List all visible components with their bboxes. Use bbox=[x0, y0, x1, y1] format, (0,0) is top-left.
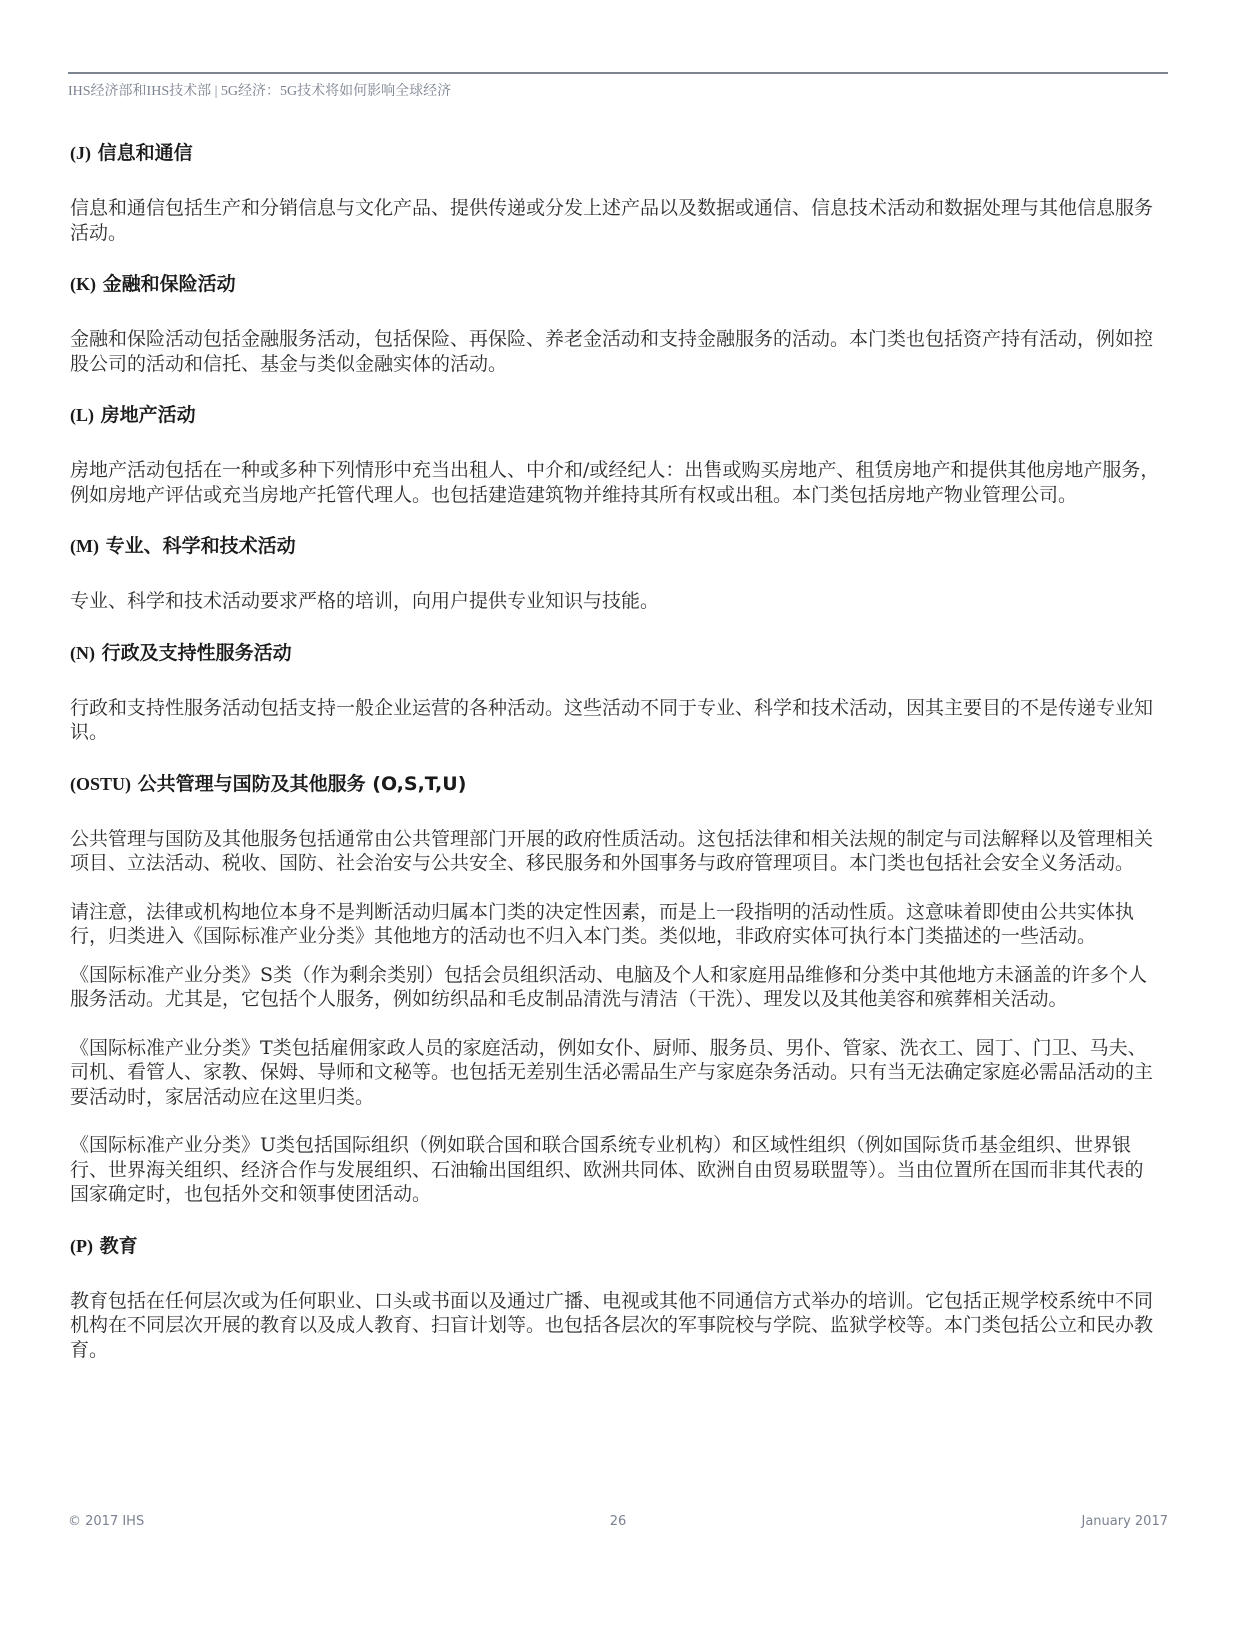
section-title: 金融和保险活动 bbox=[103, 273, 236, 295]
section-heading: (N) 行政及支持性服务活动 bbox=[70, 638, 1160, 668]
paragraph: 金融和保险活动包括金融服务活动，包括保险、再保险、养老金活动和支持金融服务的活动… bbox=[70, 327, 1160, 376]
paragraph: 房地产活动包括在一种或多种下列情形中充当出租人、中介和/或经纪人：出售或购买房地… bbox=[70, 458, 1160, 507]
paragraph: 《国际标准产业分类》T类包括雇佣家政人员的家庭活动，例如女仆、厨师、服务员、男仆… bbox=[70, 1036, 1160, 1110]
running-header: IHS经济部和IHS技术部 | 5G经济：5G技术将如何影响全球经济 bbox=[68, 80, 451, 100]
section-p: (P) 教育 教育包括在任何层次或为任何职业、口头或书面以及通过广播、电视或其他… bbox=[70, 1231, 1160, 1363]
paragraph: 专业、科学和技术活动要求严格的培训，向用户提供专业知识与技能。 bbox=[70, 589, 1160, 614]
paragraph: 请注意，法律或机构地位本身不是判断活动归属本门类的决定性因素，而是上一段指明的活… bbox=[70, 900, 1160, 949]
section-code: (M) bbox=[70, 536, 99, 556]
section-title: 公共管理与国防及其他服务 (O,S,T,U) bbox=[138, 773, 467, 795]
paragraph: 行政和支持性服务活动包括支持一般企业运营的各种活动。这些活动不同于专业、科学和技… bbox=[70, 696, 1160, 745]
footer-date: January 2017 bbox=[1082, 1514, 1169, 1529]
section-m: (M) 专业、科学和技术活动 专业、科学和技术活动要求严格的培训，向用户提供专业… bbox=[70, 531, 1160, 614]
paragraph: 《国际标准产业分类》U类包括国际组织（例如联合国和联合国系统专业机构）和区域性组… bbox=[70, 1133, 1160, 1207]
section-title: 房地产活动 bbox=[101, 404, 196, 426]
paragraph: 教育包括在任何层次或为任何职业、口头或书面以及通过广播、电视或其他不同通信方式举… bbox=[70, 1289, 1160, 1363]
copyright: © 2017 IHS bbox=[68, 1514, 144, 1529]
section-k: (K) 金融和保险活动 金融和保险活动包括金融服务活动，包括保险、再保险、养老金… bbox=[70, 269, 1160, 376]
section-heading: (M) 专业、科学和技术活动 bbox=[70, 531, 1160, 561]
section-code: (L) bbox=[70, 405, 94, 425]
section-title: 教育 bbox=[100, 1235, 138, 1257]
section-title: 信息和通信 bbox=[98, 142, 193, 164]
section-title: 行政及支持性服务活动 bbox=[102, 642, 292, 664]
page-footer: © 2017 IHS 26 January 2017 bbox=[68, 1514, 1168, 1534]
header-rule bbox=[68, 72, 1168, 74]
page-number: 26 bbox=[588, 1514, 648, 1529]
section-code: (P) bbox=[70, 1236, 93, 1256]
document-body: (J) 信息和通信 信息和通信包括生产和分销信息与文化产品、提供传递或分发上述产… bbox=[70, 138, 1160, 1386]
section-code: (N) bbox=[70, 643, 95, 663]
paragraph: 信息和通信包括生产和分销信息与文化产品、提供传递或分发上述产品以及数据或通信、信… bbox=[70, 196, 1160, 245]
paragraph: 《国际标准产业分类》S类（作为剩余类别）包括会员组织活动、电脑及个人和家庭用品维… bbox=[70, 963, 1160, 1012]
section-heading: (OSTU) 公共管理与国防及其他服务 (O,S,T,U) bbox=[70, 769, 1160, 799]
section-title: 专业、科学和技术活动 bbox=[106, 535, 296, 557]
paragraph: 公共管理与国防及其他服务包括通常由公共管理部门开展的政府性质活动。这包括法律和相… bbox=[70, 827, 1160, 876]
section-code: (J) bbox=[70, 143, 91, 163]
section-heading: (L) 房地产活动 bbox=[70, 400, 1160, 430]
section-code: (OSTU) bbox=[70, 774, 131, 794]
section-j: (J) 信息和通信 信息和通信包括生产和分销信息与文化产品、提供传递或分发上述产… bbox=[70, 138, 1160, 245]
section-n: (N) 行政及支持性服务活动 行政和支持性服务活动包括支持一般企业运营的各种活动… bbox=[70, 638, 1160, 745]
section-heading: (J) 信息和通信 bbox=[70, 138, 1160, 168]
section-heading: (P) 教育 bbox=[70, 1231, 1160, 1261]
section-code: (K) bbox=[70, 274, 96, 294]
section-heading: (K) 金融和保险活动 bbox=[70, 269, 1160, 299]
section-l: (L) 房地产活动 房地产活动包括在一种或多种下列情形中充当出租人、中介和/或经… bbox=[70, 400, 1160, 507]
section-ostu: (OSTU) 公共管理与国防及其他服务 (O,S,T,U) 公共管理与国防及其他… bbox=[70, 769, 1160, 1207]
